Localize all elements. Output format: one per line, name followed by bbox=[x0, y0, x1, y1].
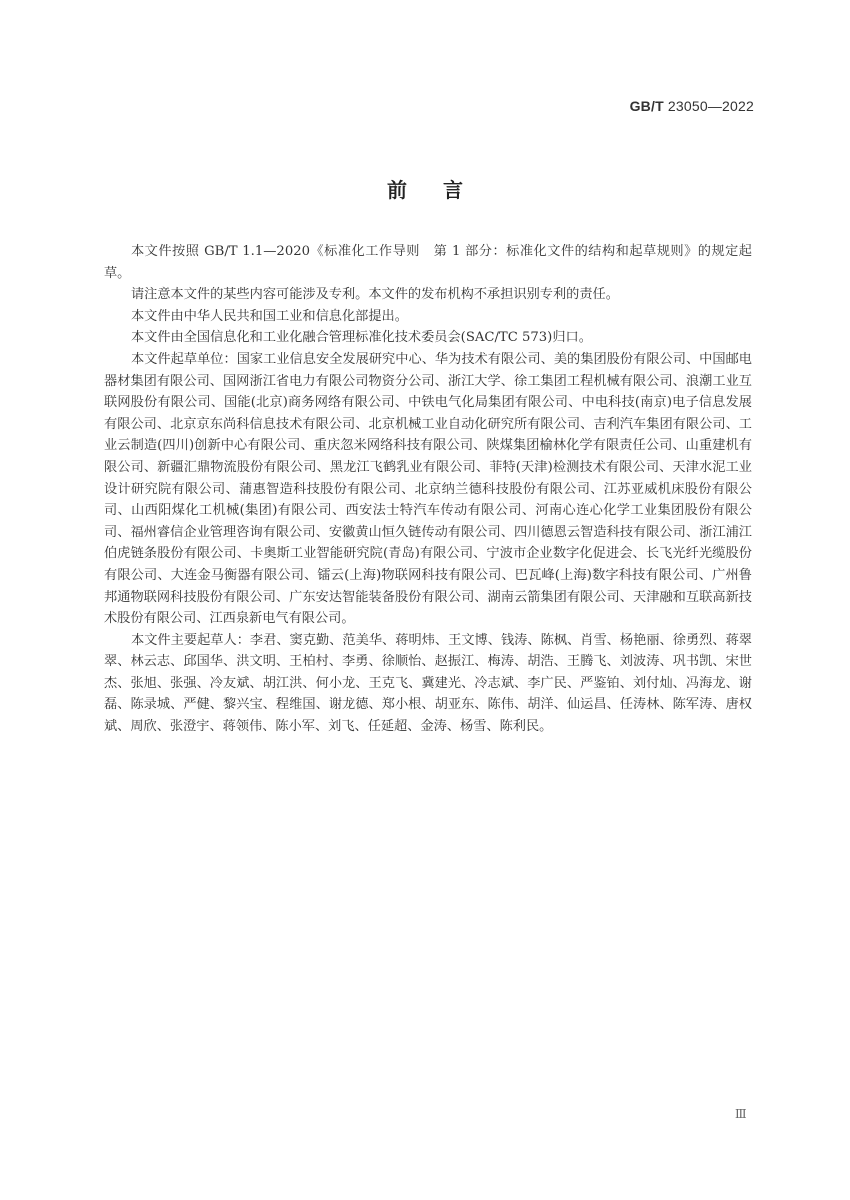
standard-number: 23050—2022 bbox=[668, 98, 754, 114]
page-number: Ⅲ bbox=[735, 1107, 747, 1121]
paragraph-patent-notice: 请注意本文件的某些内容可能涉及专利。本文件的发布机构不承担识别专利的责任。 bbox=[104, 284, 752, 306]
page-title: 前言 bbox=[0, 174, 850, 203]
standard-code: GB/T bbox=[630, 98, 664, 114]
paragraph-drafting-units: 本文件起草单位：国家工业信息安全发展研究中心、华为技术有限公司、美的集团股份有限… bbox=[104, 349, 752, 630]
standard-number-header: GB/T 23050—2022 bbox=[630, 98, 754, 114]
document-body: 本文件按照 GB/T 1.1—2020《标准化工作导则 第 1 部分：标准化文件… bbox=[104, 241, 752, 738]
paragraph-drafters: 本文件主要起草人：李君、窦克勤、范美华、蒋明炜、王文博、钱涛、陈枫、肖雪、杨艳丽… bbox=[104, 630, 752, 738]
paragraph-drafting-rules: 本文件按照 GB/T 1.1—2020《标准化工作导则 第 1 部分：标准化文件… bbox=[104, 241, 752, 284]
paragraph-committee: 本文件由全国信息化和工业化融合管理标准化技术委员会(SAC/TC 573)归口。 bbox=[104, 327, 752, 349]
paragraph-proposer: 本文件由中华人民共和国工业和信息化部提出。 bbox=[104, 306, 752, 328]
